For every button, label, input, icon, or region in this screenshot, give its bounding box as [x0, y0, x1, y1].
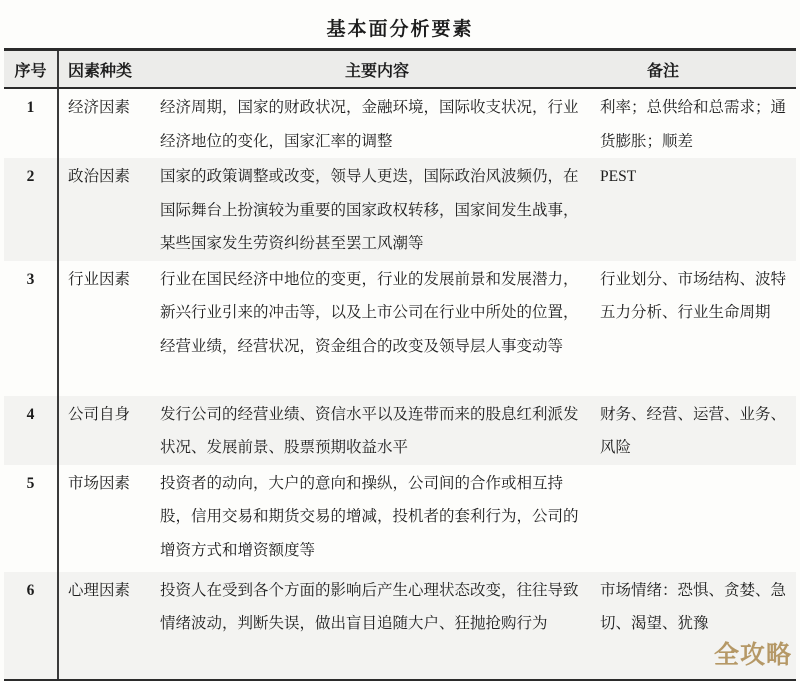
header-main-content: 主要内容: [154, 58, 594, 81]
table-row: 3 行业因素 行业在国民经济中地位的变更，行业的发展前景和发展潜力，新兴行业引来…: [4, 261, 796, 396]
row-main-content: 投资人在受到各个方面的影响后产生心理状态改变，往往导致情绪波动，判断失误，做出盲…: [154, 572, 594, 679]
table-header-row: 序号 因素种类 主要内容 备注: [4, 51, 796, 89]
row-no: 2: [4, 158, 59, 261]
row-remark: 利率；总供给和总需求；通货膨胀；顺差: [594, 89, 796, 158]
table-row: 5 市场因素 投资者的动向，大户的意向和操纵，公司间的合作或相互持股，信用交易和…: [4, 465, 796, 572]
row-remark: 财务、经营、运营、业务、风险: [594, 396, 796, 465]
row-main-content: 发行公司的经营业绩、资信水平以及连带而来的股息红利派发状况、发展前景、股票预期收…: [154, 396, 594, 465]
row-no: 3: [4, 261, 59, 396]
row-factor-type: 心理因素: [59, 572, 154, 679]
header-factor-type: 因素种类: [59, 58, 154, 81]
row-main-content: 国家的政策调整或改变，领导人更迭，国际政治风波频仍，在国际舞台上扮演较为重要的国…: [154, 158, 594, 261]
table-row: 2 政治因素 国家的政策调整或改变，领导人更迭，国际政治风波频仍，在国际舞台上扮…: [4, 158, 796, 261]
row-remark: [594, 465, 796, 572]
row-main-content: 经济周期，国家的财政状况，金融环境，国际收支状况，行业经济地位的变化，国家汇率的…: [154, 89, 594, 158]
row-factor-type: 政治因素: [59, 158, 154, 261]
row-remark: 行业划分、市场结构、波特五力分析、行业生命周期: [594, 261, 796, 396]
page-title: 基本面分析要素: [0, 0, 800, 48]
header-remark: 备注: [594, 58, 796, 81]
row-no: 4: [4, 396, 59, 465]
row-remark: PEST: [594, 158, 796, 261]
row-main-content: 投资者的动向，大户的意向和操纵，公司间的合作或相互持股，信用交易和期货交易的增减…: [154, 465, 594, 572]
table-row: 4 公司自身 发行公司的经营业绩、资信水平以及连带而来的股息红利派发状况、发展前…: [4, 396, 796, 465]
row-factor-type: 经济因素: [59, 89, 154, 158]
table-body: 1 经济因素 经济周期，国家的财政状况，金融环境，国际收支状况，行业经济地位的变…: [4, 89, 796, 679]
row-no: 1: [4, 89, 59, 158]
row-factor-type: 行业因素: [59, 261, 154, 396]
table-row: 6 心理因素 投资人在受到各个方面的影响后产生心理状态改变，往往导致情绪波动，判…: [4, 572, 796, 679]
row-no: 6: [4, 572, 59, 679]
header-no: 序号: [4, 51, 59, 87]
row-factor-type: 公司自身: [59, 396, 154, 465]
fundamental-analysis-table: 序号 因素种类 主要内容 备注 1 经济因素 经济周期，国家的财政状况，金融环境…: [4, 48, 796, 681]
table-row: 1 经济因素 经济周期，国家的财政状况，金融环境，国际收支状况，行业经济地位的变…: [4, 89, 796, 158]
row-no: 5: [4, 465, 59, 572]
watermark-quangonglue: 全攻略: [714, 635, 792, 671]
row-main-content: 行业在国民经济中地位的变更，行业的发展前景和发展潜力，新兴行业引来的冲击等，以及…: [154, 261, 594, 396]
row-factor-type: 市场因素: [59, 465, 154, 572]
